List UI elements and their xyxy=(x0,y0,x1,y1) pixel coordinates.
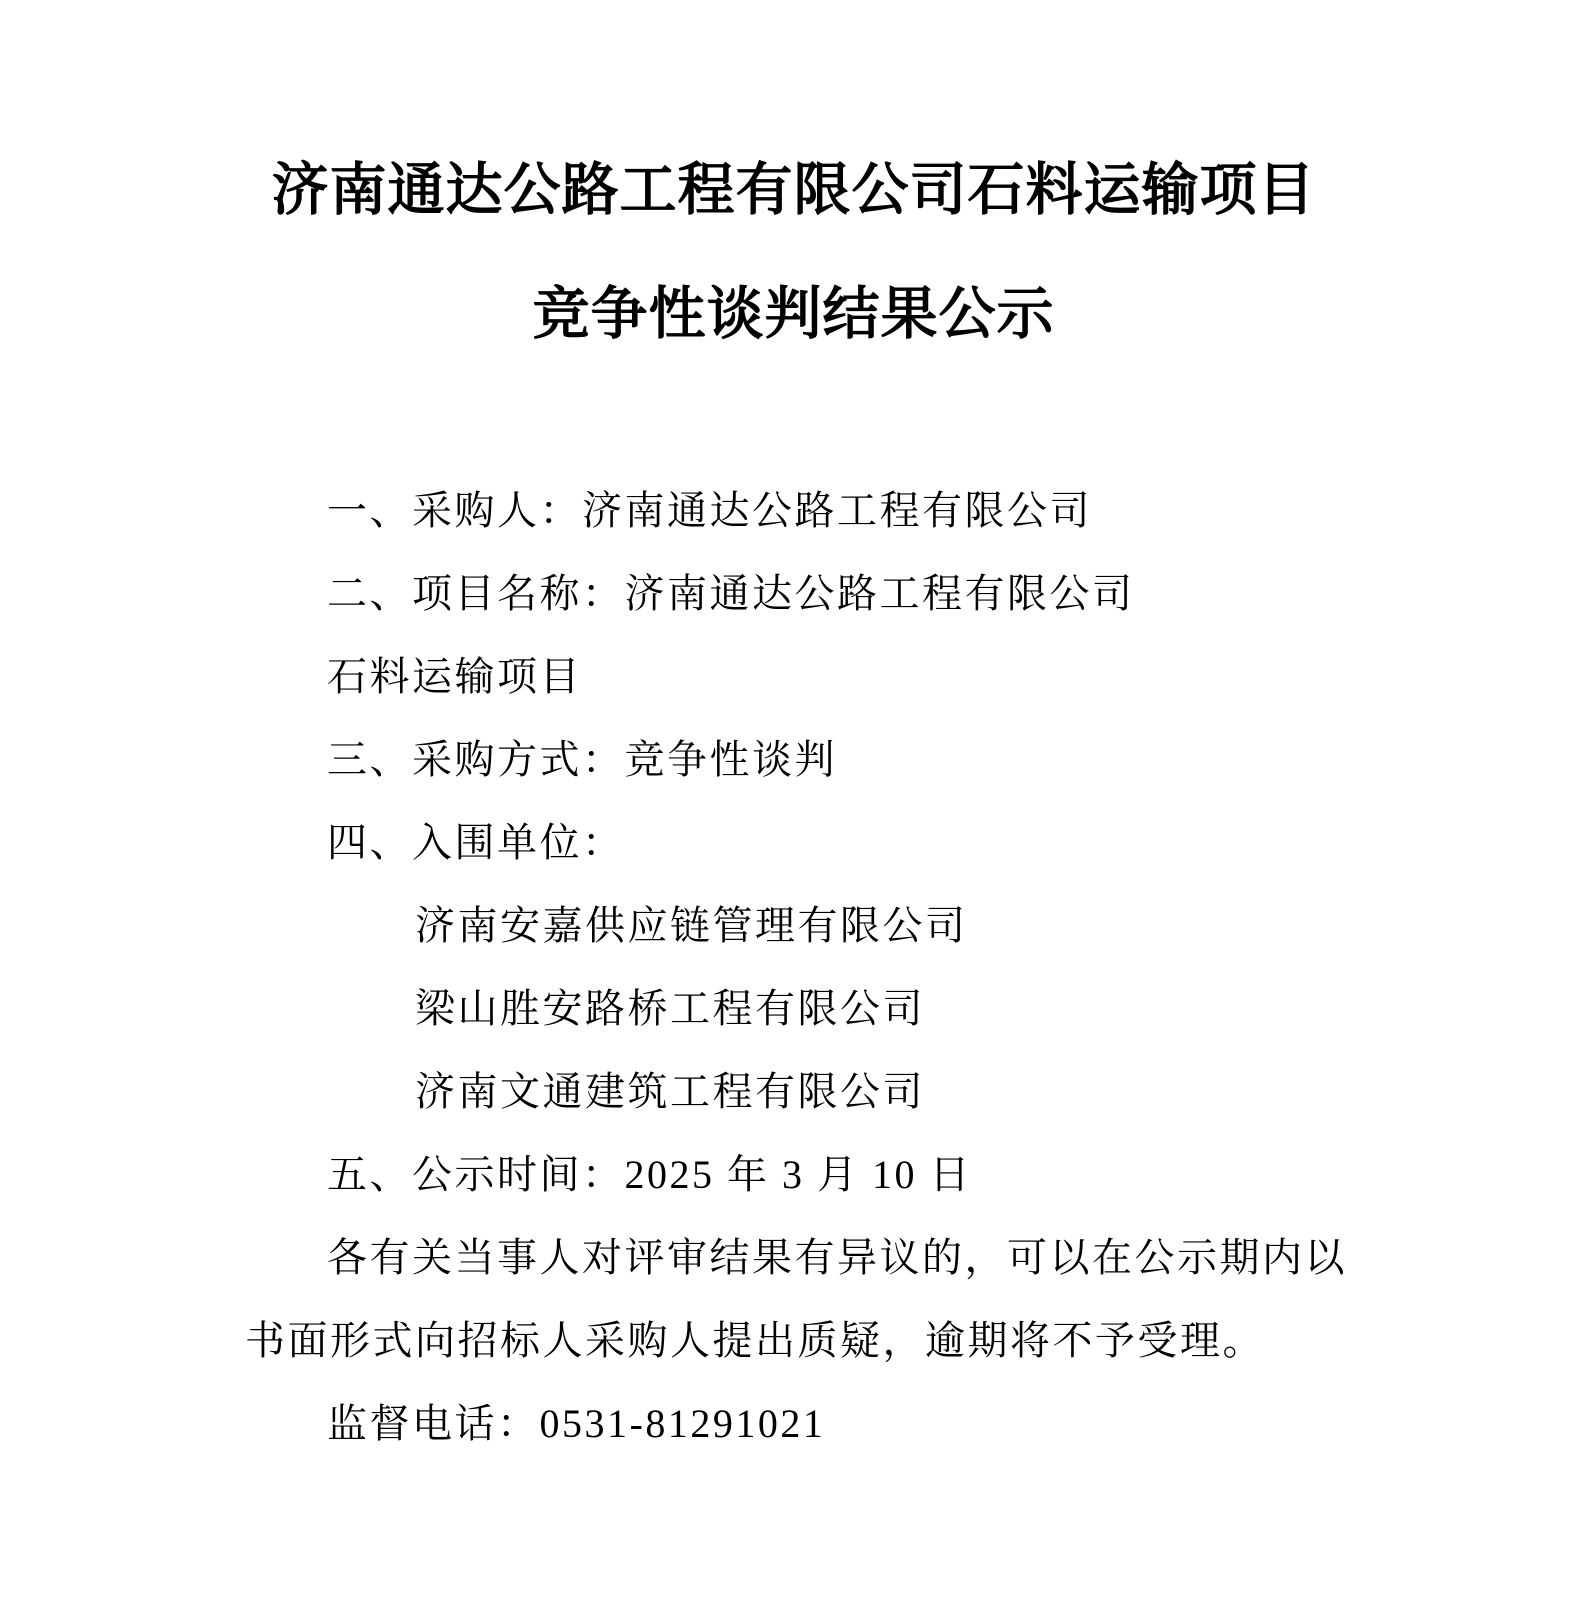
line-company-1: 济南安嘉供应链管理有限公司 xyxy=(245,884,1505,967)
line-company-2: 梁山胜安路桥工程有限公司 xyxy=(245,967,1505,1050)
line-company-3: 济南文通建筑工程有限公司 xyxy=(245,1050,1505,1133)
document-page: 济南通达公路工程有限公司石料运输项目 竞争性谈判结果公示 一、采购人：济南通达公… xyxy=(0,0,1587,1606)
line-supervision-phone: 监督电话：0531-81291021 xyxy=(245,1382,1505,1465)
line-objection-notice-1: 各有关当事人对评审结果有异议的，可以在公示期内以 xyxy=(245,1216,1505,1299)
document-body: 一、采购人：济南通达公路工程有限公司 二、项目名称：济南通达公路工程有限公司 石… xyxy=(245,469,1505,1465)
document-title: 济南通达公路工程有限公司石料运输项目 竞争性谈判结果公示 xyxy=(0,129,1587,377)
line-publicity-date: 五、公示时间：2025 年 3 月 10 日 xyxy=(245,1133,1505,1216)
line-procurement-method: 三、采购方式：竞争性谈判 xyxy=(245,718,1505,801)
line-purchaser: 一、采购人：济南通达公路工程有限公司 xyxy=(245,469,1505,552)
title-line-1: 济南通达公路工程有限公司石料运输项目 xyxy=(0,129,1587,253)
line-shortlist-label: 四、入围单位： xyxy=(245,801,1505,884)
line-project-name: 二、项目名称：济南通达公路工程有限公司 xyxy=(245,552,1505,635)
line-objection-notice-2: 书面形式向招标人采购人提出质疑，逾期将不予受理。 xyxy=(245,1299,1505,1382)
title-line-2: 竞争性谈判结果公示 xyxy=(0,253,1587,377)
line-project-name-continued: 石料运输项目 xyxy=(245,635,1505,718)
